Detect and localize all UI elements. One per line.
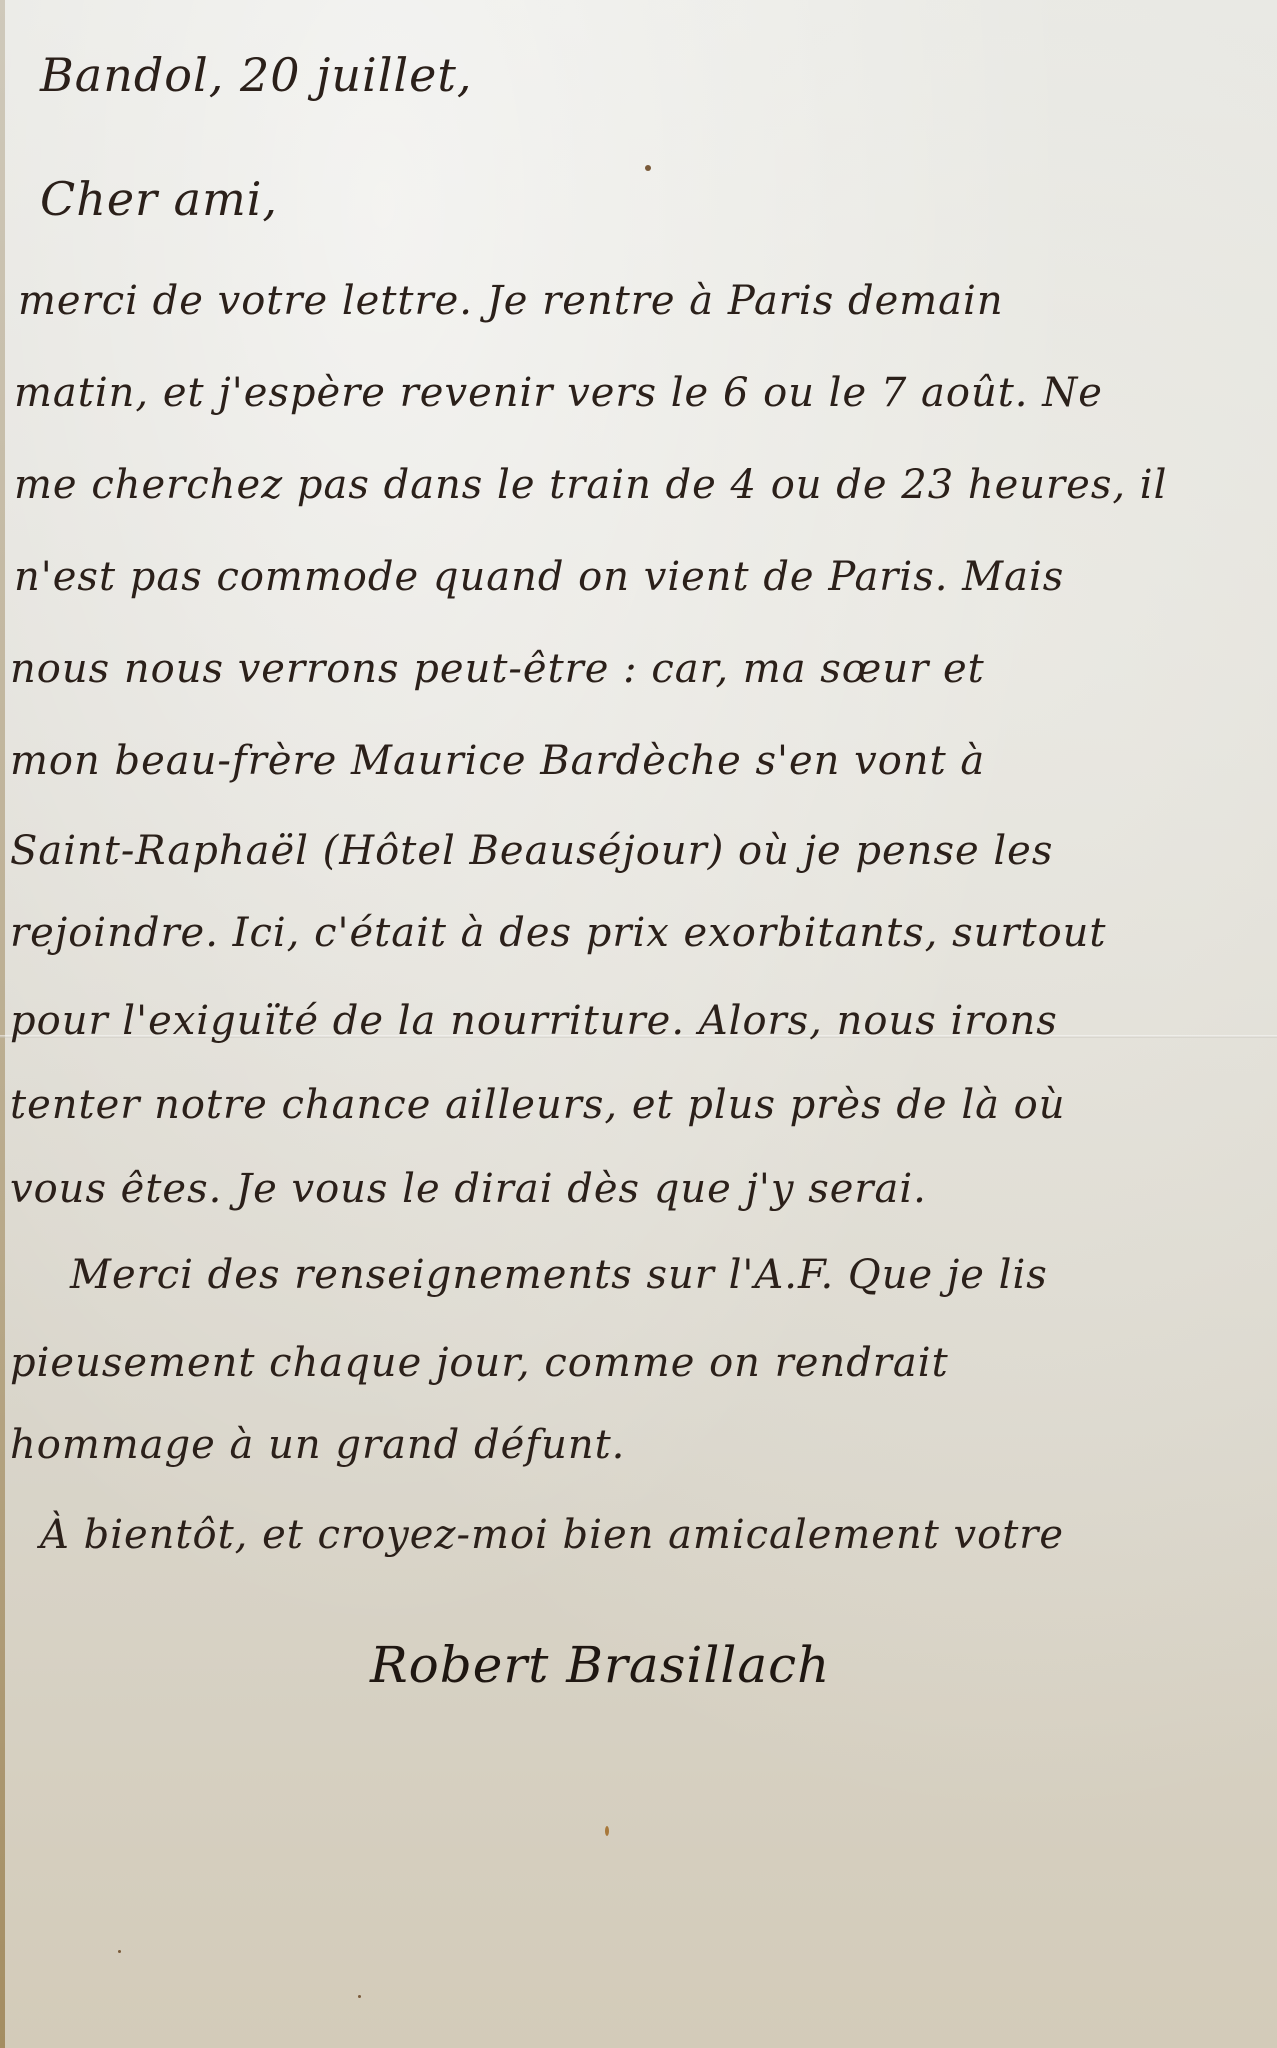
letter-line: À bientôt, et croyez-moi bien amicalemen… xyxy=(40,1512,1064,1558)
letter-place-date: Bandol, 20 juillet, xyxy=(40,48,472,102)
letter-line: tenter notre chance ailleurs, et plus pr… xyxy=(10,1082,1066,1128)
paper-speck xyxy=(605,1826,609,1836)
letter-line: nous nous verrons peut-être : car, ma sœ… xyxy=(10,646,985,692)
letter-line: n'est pas commode quand on vient de Pari… xyxy=(14,554,1064,600)
letter-line: rejoindre. Ici, c'était à des prix exorb… xyxy=(10,910,1106,956)
letter-line: vous êtes. Je vous le dirai dès que j'y … xyxy=(10,1166,927,1212)
letter-line: pieusement chaque jour, comme on rendrai… xyxy=(10,1340,949,1386)
letter-line: mon beau-frère Maurice Bardèche s'en von… xyxy=(10,738,985,784)
letter-salutation: Cher ami, xyxy=(40,172,278,226)
letter-line: hommage à un grand défunt. xyxy=(10,1422,625,1468)
letter-line: Saint-Raphaël (Hôtel Beauséjour) où je p… xyxy=(10,828,1053,874)
paper-speck xyxy=(118,1950,121,1953)
letter-line: Merci des renseignements sur l'A.F. Que … xyxy=(70,1252,1048,1298)
letter-signature: Robert Brasillach xyxy=(370,1636,830,1694)
letter-line: matin, et j'espère revenir vers le 6 ou … xyxy=(14,370,1103,416)
paper-speck xyxy=(358,1995,361,1998)
letter-line: me cherchez pas dans le train de 4 ou de… xyxy=(14,462,1167,508)
letter-line: pour l'exiguïté de la nourriture. Alors,… xyxy=(10,998,1058,1044)
paper-edge xyxy=(0,0,5,2048)
paper-speck xyxy=(645,165,651,171)
letter-line: merci de votre lettre. Je rentre à Paris… xyxy=(18,278,1004,324)
letter-page: Bandol, 20 juillet, Cher ami, merci de v… xyxy=(0,0,1277,2048)
